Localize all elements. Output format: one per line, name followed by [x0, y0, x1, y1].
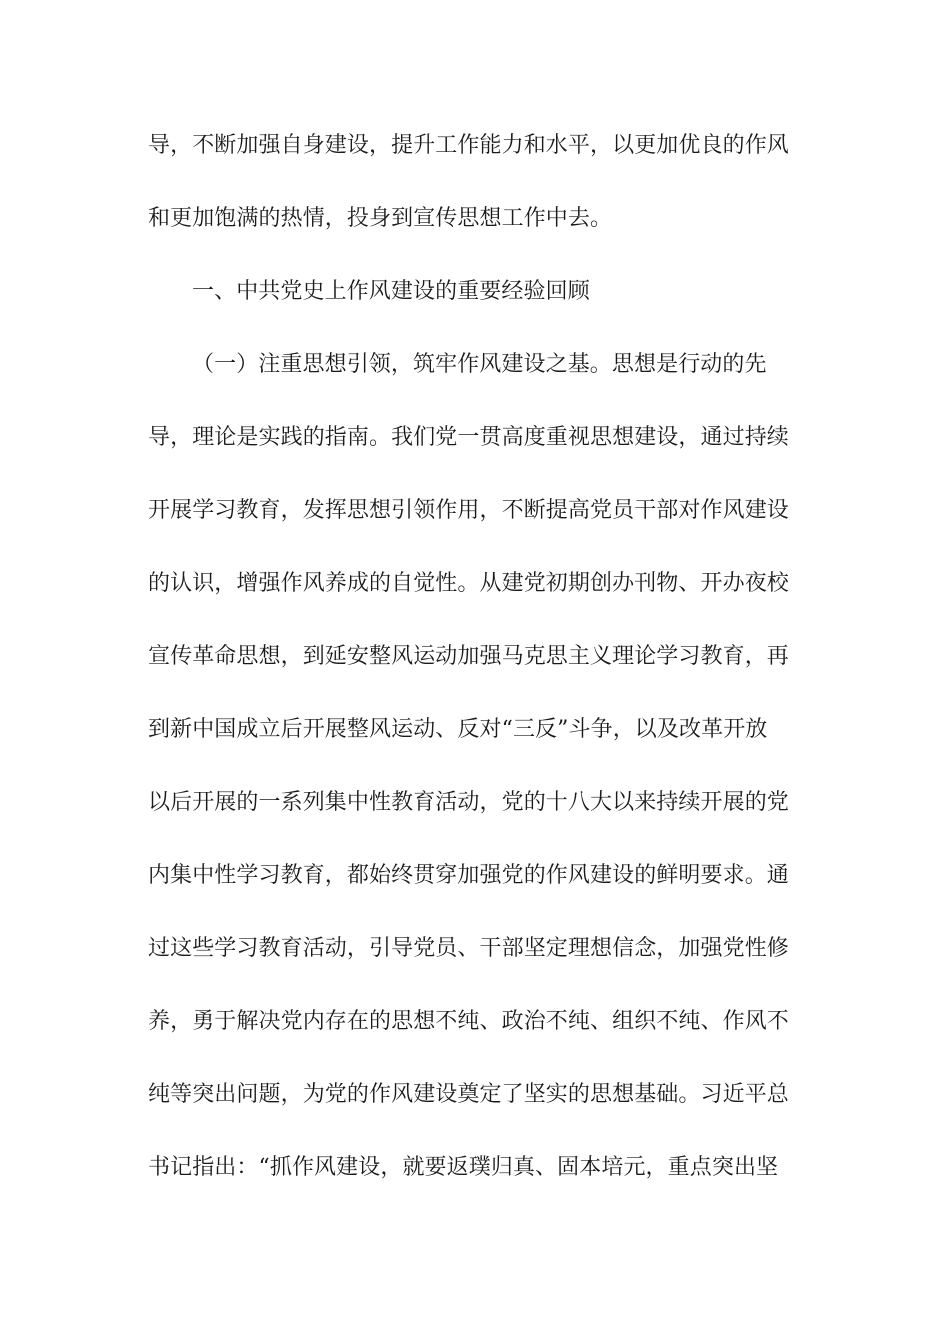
- paragraph-continuation-line: 和更加饱满的热情，投身到宣传思想工作中去。: [148, 182, 792, 255]
- section-heading: 一、中共党史上作风建设的重要经验回顾: [148, 255, 792, 328]
- paragraph-continuation-line: 纯等突出问题，为党的作风建设奠定了坚实的思想基础。习近平总: [148, 1058, 792, 1131]
- paragraph-continuation-line: 的认识，增强作风养成的自觉性。从建党初期创办刊物、开办夜校: [148, 547, 792, 620]
- paragraph-continuation-line: 导，理论是实践的指南。我们党一贯高度重视思想建设，通过持续: [148, 401, 792, 474]
- paragraph-continuation-line: 书记指出：“抓作风建设，就要返璞归真、固本培元，重点突出坚: [148, 1131, 792, 1204]
- paragraph-continuation-line: 宣传革命思想，到延安整风运动加强马克思主义理论学习教育，再: [148, 620, 792, 693]
- paragraph-continuation-line: 养，勇于解决党内存在的思想不纯、政治不纯、组织不纯、作风不: [148, 985, 792, 1058]
- paragraph-continuation-line: 导，不断加强自身建设，提升工作能力和水平，以更加优良的作风: [148, 109, 792, 182]
- paragraph-continuation-line: 过这些学习教育活动，引导党员、干部坚定理想信念，加强党性修: [148, 912, 792, 985]
- paragraph-continuation-line: 到新中国成立后开展整风运动、反对“三反”斗争，以及改革开放: [148, 693, 792, 766]
- paragraph-continuation-line: 以后开展的一系列集中性教育活动，党的十八大以来持续开展的党: [148, 766, 792, 839]
- paragraph-lead-line: （一）注重思想引领，筑牢作风建设之基。思想是行动的先: [148, 328, 792, 401]
- document-page: 导，不断加强自身建设，提升工作能力和水平，以更加优良的作风和更加饱满的热情，投身…: [0, 0, 950, 1344]
- document-body: 导，不断加强自身建设，提升工作能力和水平，以更加优良的作风和更加饱满的热情，投身…: [0, 0, 950, 1204]
- paragraph-continuation-line: 开展学习教育，发挥思想引领作用，不断提高党员干部对作风建设: [148, 474, 792, 547]
- paragraph-continuation-line: 内集中性学习教育，都始终贯穿加强党的作风建设的鲜明要求。通: [148, 839, 792, 912]
